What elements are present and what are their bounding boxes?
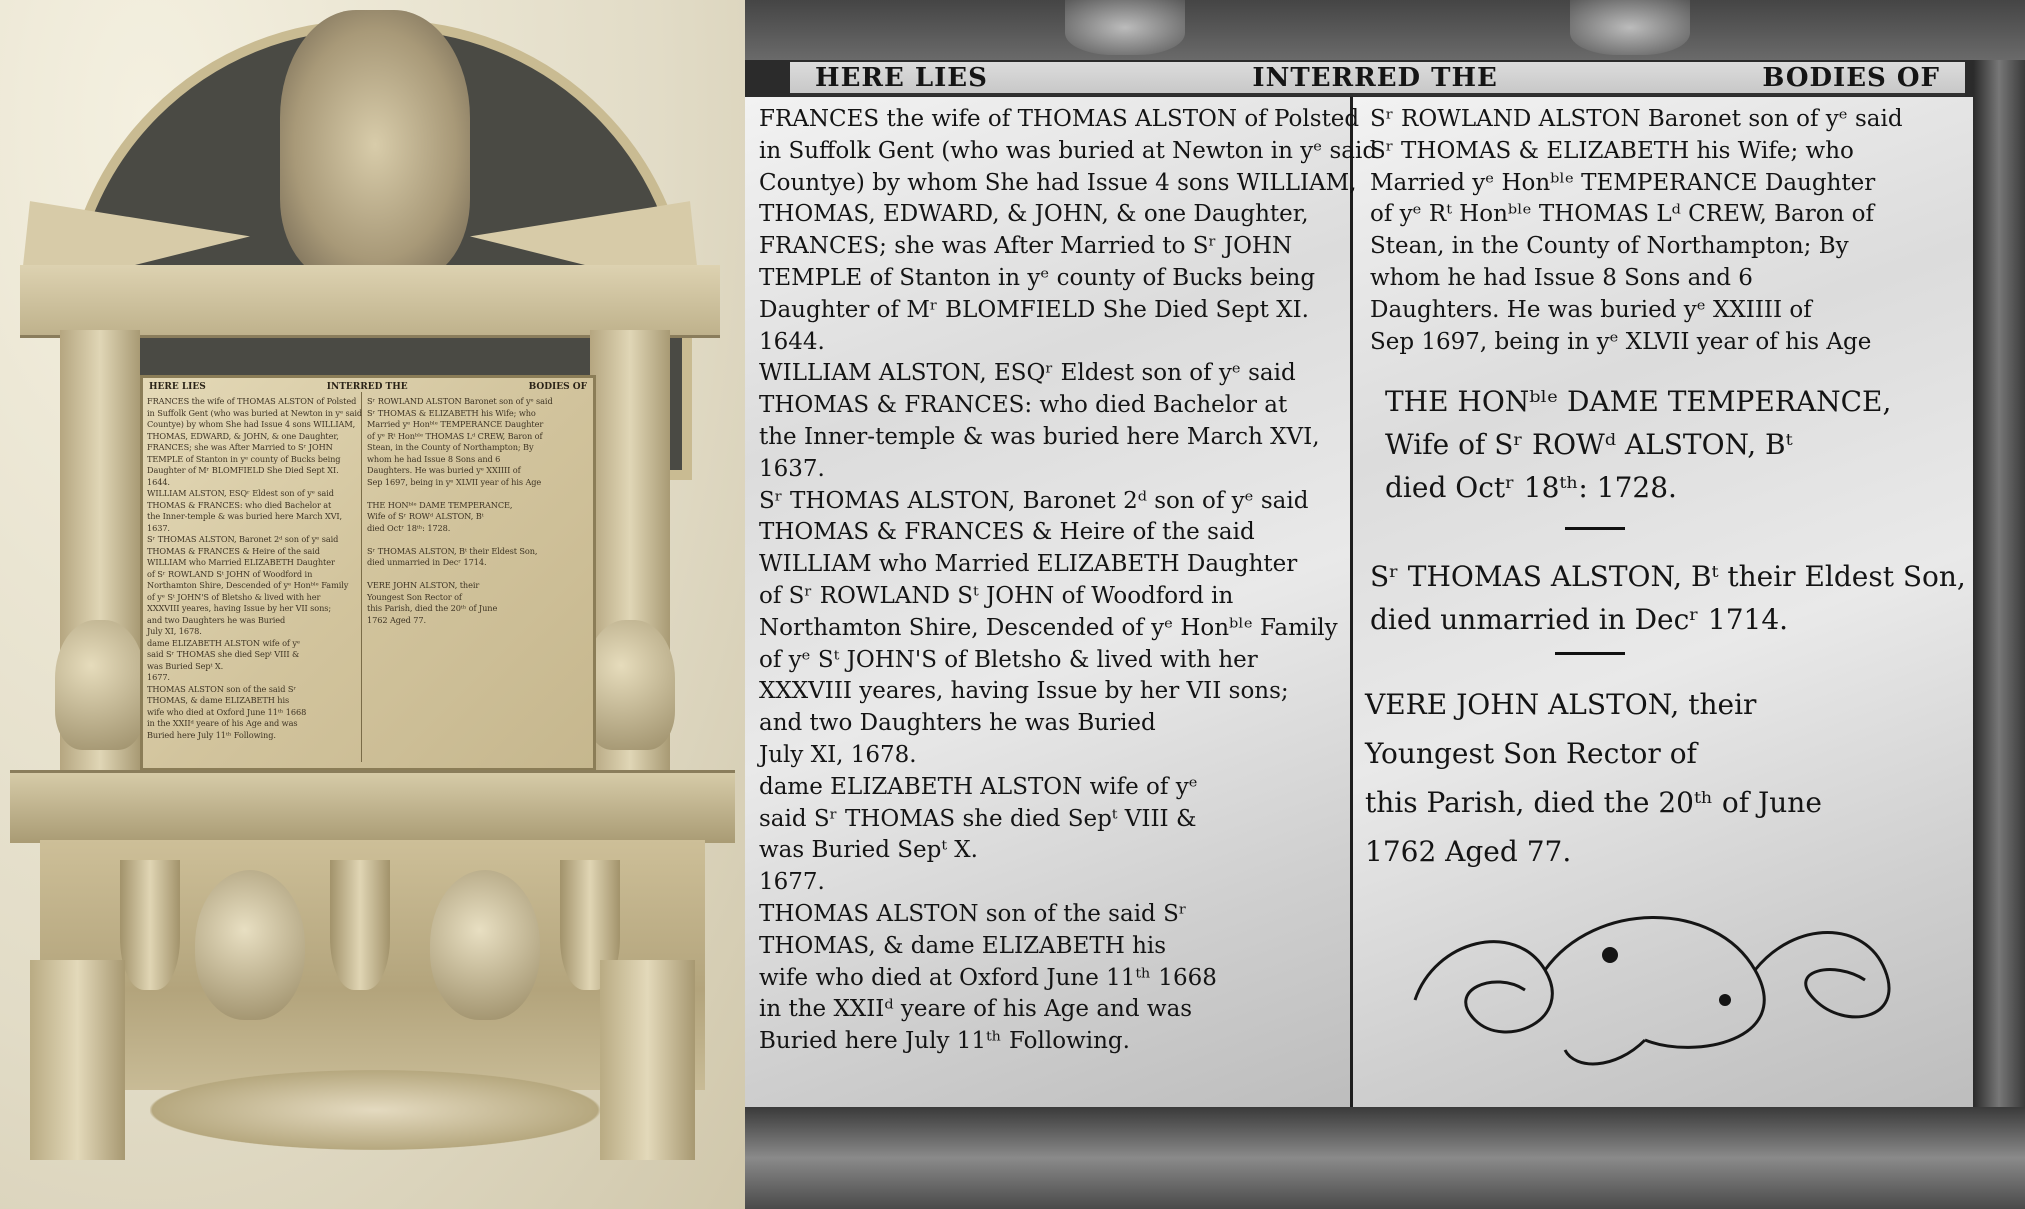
monument-base-shelf: [10, 770, 735, 843]
header-here-lies: HERE LIES: [815, 63, 988, 93]
header-bodies-of: BODIES OF: [1762, 63, 1940, 93]
inscription-eldest-son-text: Sʳ THOMAS ALSTON, Bᵗ their Eldest Son, d…: [1370, 555, 1966, 641]
header-interred-the: INTERRED THE: [1252, 63, 1497, 93]
coat-of-arms-cartouche: [280, 10, 470, 280]
shield-left: [195, 870, 305, 1020]
tablet-right-text-small: Sʳ ROWLAND ALSTON Baronet son of yᵉ said…: [367, 396, 553, 626]
urn-left: [55, 620, 145, 750]
scroll-flourish-icon: [1395, 880, 1925, 1080]
header-word-3: BODIES OF: [529, 382, 587, 392]
corbel-right: [600, 960, 695, 1160]
shield-right: [430, 870, 540, 1020]
header-word-1: HERE LIES: [149, 382, 206, 392]
header-word-2: INTERRED THE: [327, 382, 408, 392]
tablet-left-text-small: FRANCES the wife of THOMAS ALSTON of Pol…: [147, 396, 362, 741]
color-photo-monument: HERE LIES INTERRED THE BODIES OF FRANCES…: [0, 0, 745, 1209]
swag-drape: [120, 860, 180, 990]
frame-bottom: [745, 1107, 2025, 1209]
swag-drape: [330, 860, 390, 990]
inscription-vere-john-text: VERE JOHN ALSTON, their Youngest Son Rec…: [1365, 680, 1822, 876]
scroll-ornament: [150, 1070, 600, 1150]
inscription-tablet-small: HERE LIES INTERRED THE BODIES OF FRANCES…: [140, 375, 596, 771]
inscription-left-text: FRANCES the wife of THOMAS ALSTON of Pol…: [759, 104, 1377, 1058]
entablature: [20, 265, 720, 338]
crest-right: [1570, 0, 1690, 55]
urn-right: [585, 620, 675, 750]
inscription-header: HERE LIES INTERRED THE BODIES OF: [790, 62, 1965, 96]
flourish-rule: [1565, 527, 1625, 530]
inscription-temperance-text: THE HONᵇˡᵉ DAME TEMPERANCE, Wife of Sʳ R…: [1385, 380, 1891, 509]
bw-photo-inscription: HERE LIES INTERRED THE BODIES OF FRANCES…: [745, 0, 2025, 1209]
tablet-header-small: HERE LIES INTERRED THE BODIES OF: [149, 382, 587, 392]
inscription-rowland-text: Sʳ ROWLAND ALSTON Baronet son of yᵉ said…: [1370, 104, 1903, 358]
frame-right-edge: [1973, 60, 2025, 1209]
flourish-rule: [1555, 652, 1625, 655]
frame-top: [745, 0, 2025, 60]
corbel-left: [30, 960, 125, 1160]
crest-left: [1065, 0, 1185, 55]
